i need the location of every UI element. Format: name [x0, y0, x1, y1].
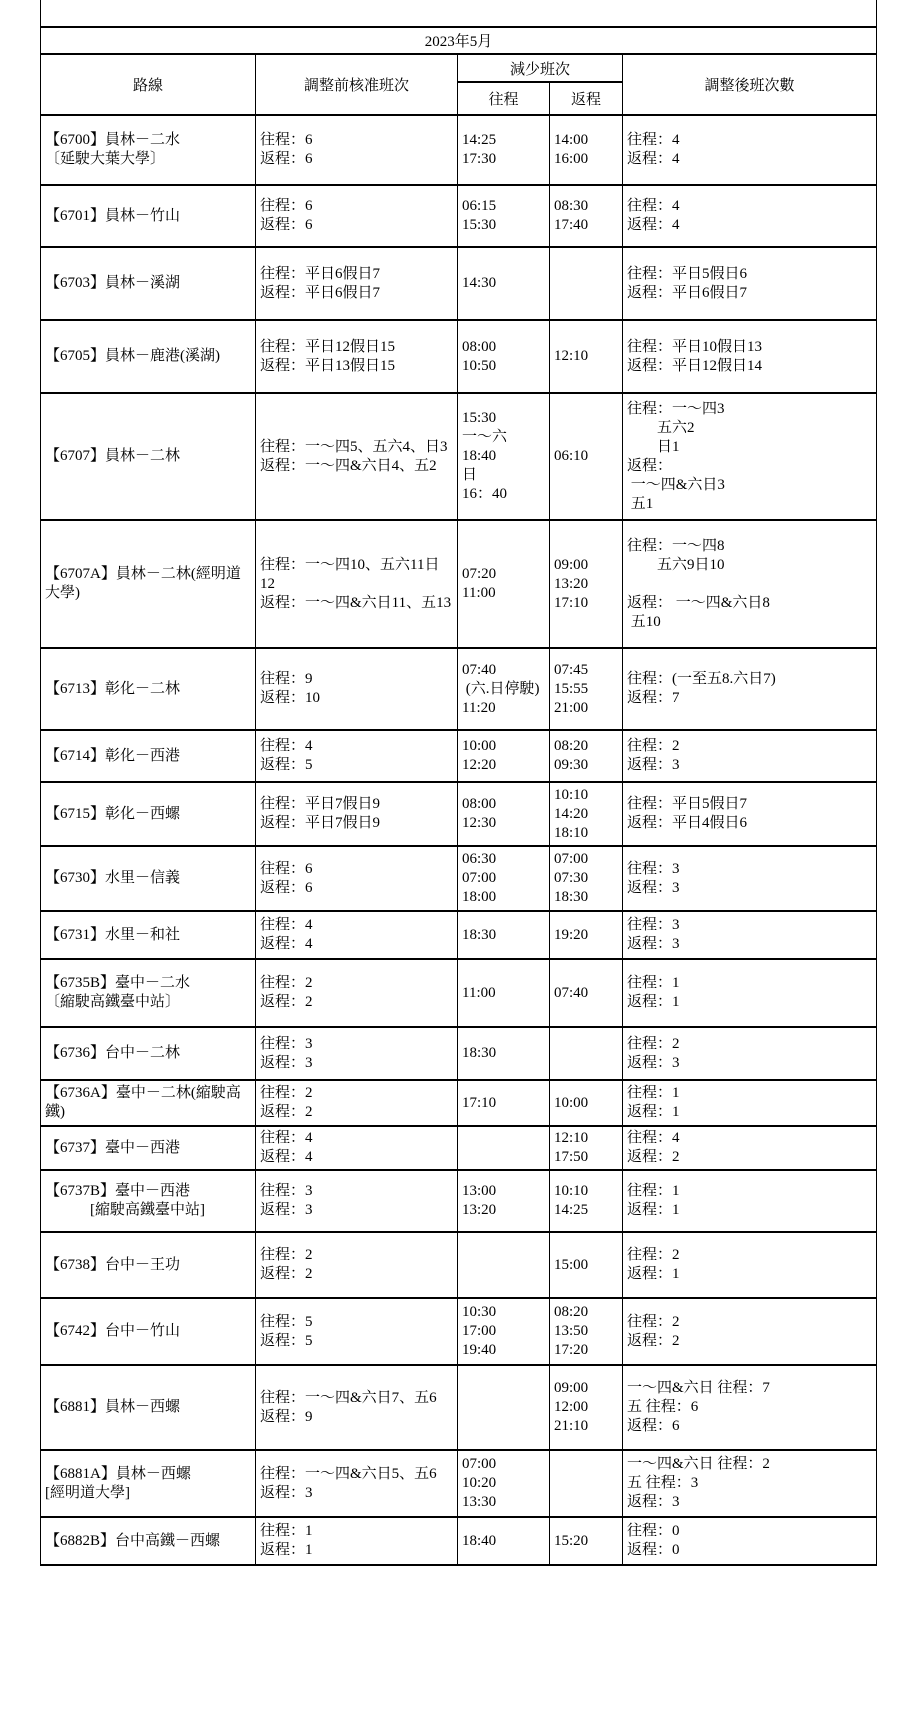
after-adjustment-cell: 往程：1 返程：1 [623, 959, 877, 1027]
after-adjustment-cell: 一～四&六日 往程：7 五 往程：6 返程：6 [623, 1365, 877, 1450]
top-spacer-cell [41, 0, 877, 27]
reduced-outbound-cell: 18:30 [458, 1027, 550, 1080]
header-row-top: 路線 調整前核准班次 減少班次 調整後班次數 [41, 54, 877, 82]
reduced-return-cell: 10:00 [550, 1080, 623, 1126]
after-adjustment-cell: 往程：2 返程：3 [623, 1027, 877, 1080]
reduced-outbound-cell: 18:30 [458, 911, 550, 959]
title-row: 2023年5月 [41, 27, 877, 54]
table-row: 【6738】台中－王功往程：2 返程：215:00往程：2 返程：1 [41, 1232, 877, 1298]
before-adjustment-cell: 往程：一～四&六日5、五6 返程：3 [256, 1450, 458, 1517]
table-row: 【6736】台中－二林往程：3 返程：318:30往程：2 返程：3 [41, 1027, 877, 1080]
reduced-return-cell [550, 1450, 623, 1517]
after-adjustment-cell: 往程：平日5假日7 返程：平日4假日6 [623, 782, 877, 846]
before-adjustment-cell: 往程：2 返程：2 [256, 1080, 458, 1126]
table-row: 【6742】台中－竹山往程：5 返程：510:30 17:00 19:4008:… [41, 1298, 877, 1365]
reduced-return-cell: 10:10 14:20 18:10 [550, 782, 623, 846]
before-adjustment-cell: 往程：平日7假日9 返程：平日7假日9 [256, 782, 458, 846]
header-after-adjustment: 調整後班次數 [623, 54, 877, 115]
reduced-outbound-cell: 13:00 13:20 [458, 1170, 550, 1232]
route-cell: 【6736A】臺中－二林(縮駛高鐵) [41, 1080, 256, 1126]
before-adjustment-cell: 往程：5 返程：5 [256, 1298, 458, 1365]
before-adjustment-cell: 往程：3 返程：3 [256, 1027, 458, 1080]
route-cell: 【6705】員林－鹿港(溪湖) [41, 320, 256, 393]
before-adjustment-cell: 往程：2 返程：2 [256, 1232, 458, 1298]
header-route: 路線 [41, 54, 256, 115]
route-cell: 【6703】員林－溪湖 [41, 247, 256, 320]
reduced-return-cell: 12:10 17:50 [550, 1126, 623, 1170]
after-adjustment-cell: 往程：3 返程：3 [623, 846, 877, 911]
reduced-outbound-cell: 15:30 一～六 18:40 日 16：40 [458, 393, 550, 520]
reduced-return-cell: 08:20 09:30 [550, 730, 623, 782]
after-adjustment-cell: 往程：1 返程：1 [623, 1170, 877, 1232]
before-adjustment-cell: 往程：一～四10、五六11日12 返程：一～四&六日11、五13 [256, 520, 458, 648]
reduced-return-cell: 10:10 14:25 [550, 1170, 623, 1232]
reduced-outbound-cell: 08:00 12:30 [458, 782, 550, 846]
reduced-return-cell: 08:30 17:40 [550, 185, 623, 247]
route-cell: 【6742】台中－竹山 [41, 1298, 256, 1365]
header-reduced-trips: 減少班次 [458, 54, 623, 82]
reduced-outbound-cell [458, 1232, 550, 1298]
reduced-return-cell: 09:00 13:20 17:10 [550, 520, 623, 648]
route-cell: 【6736】台中－二林 [41, 1027, 256, 1080]
after-adjustment-cell: 往程：2 返程：1 [623, 1232, 877, 1298]
after-adjustment-cell: 往程：平日5假日6 返程：平日6假日7 [623, 247, 877, 320]
route-cell: 【6731】水里－和社 [41, 911, 256, 959]
top-spacer-row [41, 0, 877, 27]
after-adjustment-cell: 往程：4 返程：4 [623, 115, 877, 185]
before-adjustment-cell: 往程：一～四&六日7、五6 返程：9 [256, 1365, 458, 1450]
reduced-outbound-cell: 14:25 17:30 [458, 115, 550, 185]
table-row: 【6731】水里－和社往程：4 返程：418:3019:20往程：3 返程：3 [41, 911, 877, 959]
reduced-return-cell [550, 247, 623, 320]
table-row: 【6705】員林－鹿港(溪湖)往程：平日12假日15 返程：平日13假日1508… [41, 320, 877, 393]
table-row: 【6703】員林－溪湖往程：平日6假日7 返程：平日6假日714:30往程：平日… [41, 247, 877, 320]
before-adjustment-cell: 往程：4 返程：5 [256, 730, 458, 782]
reduced-return-cell: 07:00 07:30 18:30 [550, 846, 623, 911]
table-row: 【6730】水里－信義往程：6 返程：606:30 07:00 18:0007:… [41, 846, 877, 911]
table-row: 【6735B】臺中－二水 〔縮駛高鐵臺中站〕往程：2 返程：211:0007:4… [41, 959, 877, 1027]
before-adjustment-cell: 往程：平日6假日7 返程：平日6假日7 [256, 247, 458, 320]
before-adjustment-cell: 往程：6 返程：6 [256, 115, 458, 185]
before-adjustment-cell: 往程：1 返程：1 [256, 1517, 458, 1565]
reduced-outbound-cell: 10:00 12:20 [458, 730, 550, 782]
reduced-return-cell: 07:40 [550, 959, 623, 1027]
table-row: 【6701】員林－竹山往程：6 返程：606:15 15:3008:30 17:… [41, 185, 877, 247]
after-adjustment-cell: 往程：1 返程：1 [623, 1080, 877, 1126]
reduced-return-cell: 15:00 [550, 1232, 623, 1298]
route-cell: 【6707A】員林－二林(經明道大學) [41, 520, 256, 648]
after-adjustment-cell: 往程：平日10假日13 返程：平日12假日14 [623, 320, 877, 393]
reduced-outbound-cell [458, 1126, 550, 1170]
table-row: 【6700】員林－二水 〔延駛大葉大學〕往程：6 返程：614:25 17:30… [41, 115, 877, 185]
reduced-return-cell: 09:00 12:00 21:10 [550, 1365, 623, 1450]
header-return: 返程 [550, 82, 623, 115]
before-adjustment-cell: 往程：2 返程：2 [256, 959, 458, 1027]
route-cell: 【6738】台中－王功 [41, 1232, 256, 1298]
before-adjustment-cell: 往程：4 返程：4 [256, 1126, 458, 1170]
route-cell: 【6701】員林－竹山 [41, 185, 256, 247]
after-adjustment-cell: 往程：一～四8 五六9日10 返程： 一～四&六日8 五10 [623, 520, 877, 648]
reduced-outbound-cell: 08:00 10:50 [458, 320, 550, 393]
reduced-outbound-cell: 06:15 15:30 [458, 185, 550, 247]
after-adjustment-cell: 往程：一～四3 五六2 日1 返程： 一～四&六日3 五1 [623, 393, 877, 520]
table-title: 2023年5月 [41, 27, 877, 54]
after-adjustment-cell: 往程：2 返程：2 [623, 1298, 877, 1365]
before-adjustment-cell: 往程：平日12假日15 返程：平日13假日15 [256, 320, 458, 393]
reduced-return-cell: 08:20 13:50 17:20 [550, 1298, 623, 1365]
reduced-outbound-cell: 07:20 11:00 [458, 520, 550, 648]
after-adjustment-cell: 往程：0 返程：0 [623, 1517, 877, 1565]
table-row: 【6714】彰化－西港往程：4 返程：510:00 12:2008:20 09:… [41, 730, 877, 782]
route-cell: 【6714】彰化－西港 [41, 730, 256, 782]
reduced-return-cell [550, 1027, 623, 1080]
table-row: 【6707】員林－二林往程：一～四5、五六4、日3 返程：一～四&六日4、五21… [41, 393, 877, 520]
reduced-outbound-cell: 18:40 [458, 1517, 550, 1565]
route-cell: 【6737B】臺中－西港 [縮駛高鐵臺中站] [41, 1170, 256, 1232]
after-adjustment-cell: 一～四&六日 往程：2 五 往程：3 返程：3 [623, 1450, 877, 1517]
before-adjustment-cell: 往程：6 返程：6 [256, 185, 458, 247]
reduced-outbound-cell: 11:00 [458, 959, 550, 1027]
before-adjustment-cell: 往程：6 返程：6 [256, 846, 458, 911]
reduced-return-cell: 19:20 [550, 911, 623, 959]
route-cell: 【6700】員林－二水 〔延駛大葉大學〕 [41, 115, 256, 185]
reduced-return-cell: 06:10 [550, 393, 623, 520]
after-adjustment-cell: 往程：(一至五8.六日7) 返程：7 [623, 648, 877, 730]
table-row: 【6707A】員林－二林(經明道大學)往程：一～四10、五六11日12 返程：一… [41, 520, 877, 648]
route-cell: 【6735B】臺中－二水 〔縮駛高鐵臺中站〕 [41, 959, 256, 1027]
reduced-outbound-cell [458, 1365, 550, 1450]
reduced-outbound-cell: 10:30 17:00 19:40 [458, 1298, 550, 1365]
route-cell: 【6715】彰化－西螺 [41, 782, 256, 846]
table-row: 【6881】員林－西螺往程：一～四&六日7、五6 返程：909:00 12:00… [41, 1365, 877, 1450]
header-outbound: 往程 [458, 82, 550, 115]
route-cell: 【6881】員林－西螺 [41, 1365, 256, 1450]
table-row: 【6882B】台中高鐵－西螺往程：1 返程：118:4015:20往程：0 返程… [41, 1517, 877, 1565]
after-adjustment-cell: 往程：3 返程：3 [623, 911, 877, 959]
reduced-return-cell: 15:20 [550, 1517, 623, 1565]
table-row: 【6715】彰化－西螺往程：平日7假日9 返程：平日7假日908:00 12:3… [41, 782, 877, 846]
reduced-outbound-cell: 06:30 07:00 18:00 [458, 846, 550, 911]
before-adjustment-cell: 往程：一～四5、五六4、日3 返程：一～四&六日4、五2 [256, 393, 458, 520]
before-adjustment-cell: 往程：4 返程：4 [256, 911, 458, 959]
reduced-outbound-cell: 07:40 (六.日停駛) 11:20 [458, 648, 550, 730]
table-row: 【6713】彰化－二林往程：9 返程：1007:40 (六.日停駛) 11:20… [41, 648, 877, 730]
reduced-return-cell: 07:45 15:55 21:00 [550, 648, 623, 730]
reduced-return-cell: 14:00 16:00 [550, 115, 623, 185]
route-cell: 【6730】水里－信義 [41, 846, 256, 911]
schedule-table: 2023年5月 路線 調整前核准班次 減少班次 調整後班次數 往程 返程 【67… [40, 0, 877, 1566]
table-row: 【6737】臺中－西港往程：4 返程：412:10 17:50往程：4 返程：2 [41, 1126, 877, 1170]
before-adjustment-cell: 往程：9 返程：10 [256, 648, 458, 730]
reduced-return-cell: 12:10 [550, 320, 623, 393]
reduced-outbound-cell: 17:10 [458, 1080, 550, 1126]
header-before-adjustment: 調整前核准班次 [256, 54, 458, 115]
reduced-outbound-cell: 14:30 [458, 247, 550, 320]
route-cell: 【6707】員林－二林 [41, 393, 256, 520]
after-adjustment-cell: 往程：4 返程：4 [623, 185, 877, 247]
route-cell: 【6713】彰化－二林 [41, 648, 256, 730]
after-adjustment-cell: 往程：2 返程：3 [623, 730, 877, 782]
route-cell: 【6882B】台中高鐵－西螺 [41, 1517, 256, 1565]
after-adjustment-cell: 往程：4 返程：2 [623, 1126, 877, 1170]
table-row: 【6881A】員林－西螺 [經明道大學]往程：一～四&六日5、五6 返程：307… [41, 1450, 877, 1517]
route-cell: 【6881A】員林－西螺 [經明道大學] [41, 1450, 256, 1517]
route-cell: 【6737】臺中－西港 [41, 1126, 256, 1170]
reduced-outbound-cell: 07:00 10:20 13:30 [458, 1450, 550, 1517]
table-row: 【6736A】臺中－二林(縮駛高鐵)往程：2 返程：217:1010:00往程：… [41, 1080, 877, 1126]
before-adjustment-cell: 往程：3 返程：3 [256, 1170, 458, 1232]
table-row: 【6737B】臺中－西港 [縮駛高鐵臺中站]往程：3 返程：313:00 13:… [41, 1170, 877, 1232]
